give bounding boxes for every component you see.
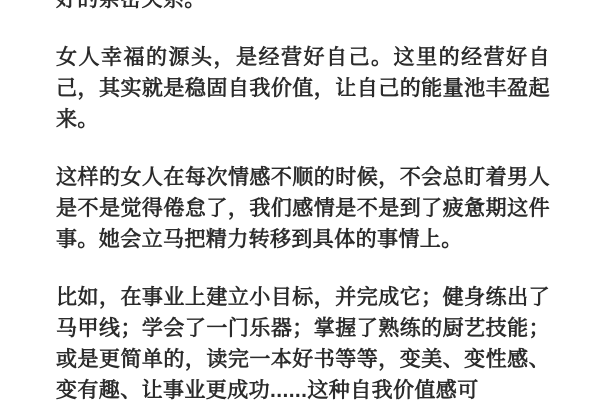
article-page: 好的亲密关系。 女人幸福的源头，是经营好自己。这里的经营好自己，其实就是稳固自我… <box>0 0 600 400</box>
article-paragraph-clipped-tail: 好的亲密关系。 <box>56 0 550 15</box>
article-paragraph: 比如，在事业上建立小目标，并完成它；健身练出了马甲线；学会了一门乐器；掌握了熟练… <box>56 282 550 400</box>
article-paragraph: 女人幸福的源头，是经营好自己。这里的经营好自己，其实就是稳固自我价值，让自己的能… <box>56 42 550 135</box>
article-paragraph: 这样的女人在每次情感不顺的时候，不会总盯着男人是不是觉得倦怠了，我们感情是不是到… <box>56 162 550 255</box>
